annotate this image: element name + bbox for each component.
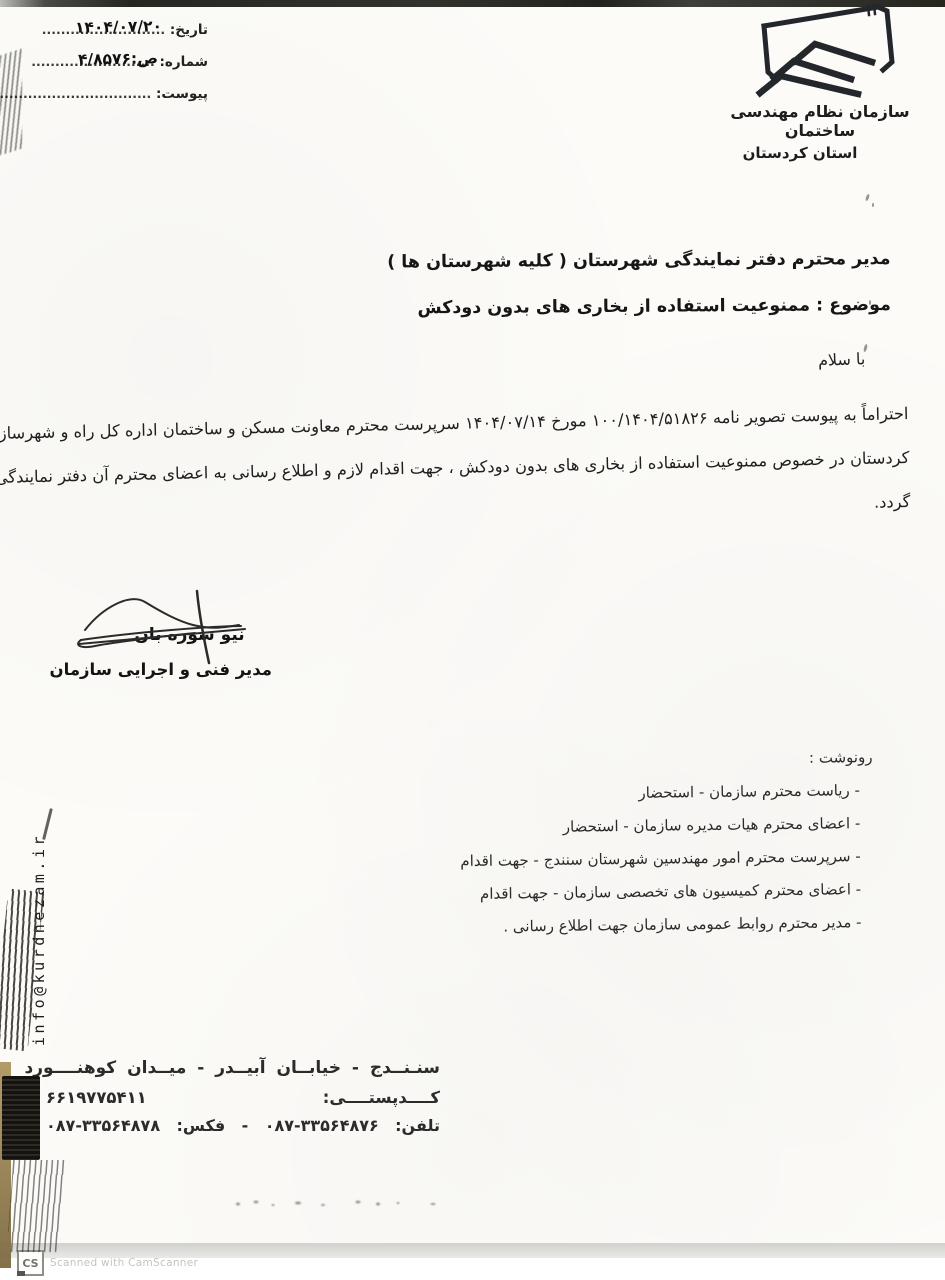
organization-logo-icon [750, 2, 906, 104]
separator-dash: - [242, 1116, 249, 1135]
cc-item: - اعضای محترم هیات مدیره سازمان - استحضا… [459, 807, 860, 845]
postal-line: کــــدپستــــی: ۶۶۱۹۷۷۵۴۱۱ [46, 1088, 440, 1107]
postal-label: کــــدپستــــی: [323, 1088, 440, 1107]
ink-speck [872, 203, 874, 207]
scan-smudge [0, 48, 22, 155]
organization-name-line2: استان کردستان [676, 144, 924, 162]
ink-speck [869, 300, 871, 305]
scanned-letter-page: تاریخ: .......................... ۱۴۰۴/۰… [0, 0, 945, 1280]
cc-item: - ریاست محترم سازمان - استحضار [459, 774, 860, 812]
cc-item: - مدیر محترم روابط عمومی سازمان جهت اطلا… [461, 906, 862, 944]
address-line: سنـنــدج - خیابــان آبیــدر - میــدان کو… [46, 1058, 440, 1078]
subject-line: موضوع : ممنوعیت استفاده از بخاری های بدو… [387, 282, 891, 332]
number-value: ۴/۸۵۷۶:ص [78, 49, 158, 68]
camscanner-watermark-text: Scanned with CamScanner [50, 1257, 198, 1269]
scan-edge-band-bottom [0, 1243, 945, 1258]
attachment-line: پیوست: .................................… [8, 86, 208, 118]
date-value: ۱۴۰۴/۰۷/۲۰ [75, 17, 162, 37]
fax-number: ۰۸۷-۳۳۵۶۴۸۷۸ [46, 1116, 160, 1135]
attachment-label: پیوست: [156, 86, 208, 102]
cc-block: رونوشت : - ریاست محترم سازمان - استحضار … [459, 748, 875, 944]
number-line: شماره: .......................... ۴/۸۵۷۶… [8, 54, 208, 86]
recipient-block: مدیر محترم دفتر نمایندگی شهرستان ( کلیه … [387, 236, 891, 332]
ink-speck [865, 194, 870, 202]
faded-stamp-text [228, 1196, 463, 1210]
date-label: تاریخ: [170, 22, 208, 38]
cc-item: - اعضای محترم کمیسیون های تخصصی سازمان -… [460, 873, 861, 911]
ink-speck [863, 344, 868, 353]
letter-body: احتراماً به پیوست تصویر نامه ۱۰۰/۱۴۰۴/۵۱… [28, 392, 911, 543]
signature-block: نیو سوره بان مدیر فنی و اجرایی سازمان [75, 563, 385, 713]
handwritten-signature-icon [75, 563, 385, 713]
phone-label: تلفن: [395, 1116, 440, 1135]
recipient-line: مدیر محترم دفتر نمایندگی شهرستان ( کلیه … [387, 236, 891, 286]
fax-label: فکس: [176, 1116, 225, 1135]
phone-fax-line: تلفن: ۰۸۷-۳۳۵۶۴۸۷۶ - فکس: ۰۸۷-۳۳۵۶۴۸۷۸ [46, 1116, 440, 1135]
letterhead-meta-block: تاریخ: .......................... ۱۴۰۴/۰… [8, 22, 208, 118]
phone-number: ۰۸۷-۳۳۵۶۴۸۷۶ [265, 1116, 379, 1135]
footer-contact-block: سنـنــدج - خیابــان آبیــدر - میــدان کو… [46, 1058, 440, 1135]
camscanner-icon: CS [17, 1250, 44, 1276]
organization-name: سازمان نظام مهندسی ساختمان استان کردستان [696, 102, 944, 162]
organization-name-line1: سازمان نظام مهندسی ساختمان [696, 102, 944, 140]
number-label: شماره: [159, 54, 208, 70]
attachment-dotted-leader: ...................................... [0, 86, 151, 101]
scan-smudge [7, 1160, 65, 1252]
cc-item: - سرپرست محترم امور مهندسین شهرستان سنند… [460, 840, 861, 878]
postal-code: ۶۶۱۹۷۷۵۴۱۱ [46, 1088, 147, 1107]
scan-smudge-block [2, 1076, 40, 1160]
cc-heading: رونوشت : [459, 748, 873, 771]
salutation: با سلام [817, 349, 865, 370]
